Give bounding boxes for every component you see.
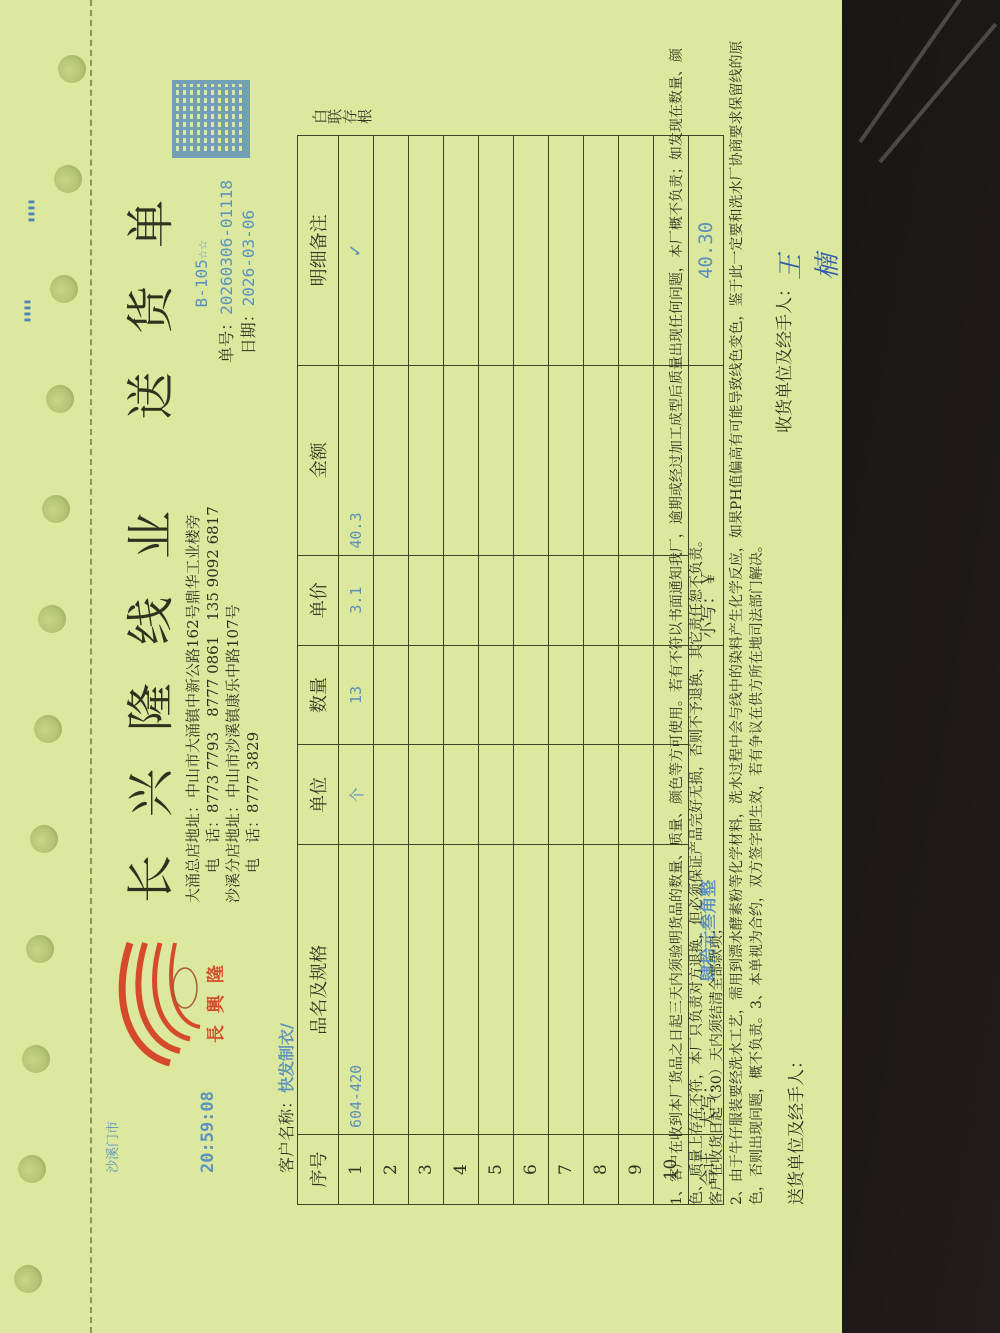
sender-signature-field: 送货单位及经手人： — [782, 1052, 807, 1205]
table-row: 6 — [514, 136, 549, 1205]
row-remark — [479, 136, 514, 366]
receiver-signature: 王楠 — [770, 254, 844, 280]
branch-address: 沙溪分店地址：中山市沙溪镇康乐中路107号 — [222, 604, 243, 903]
tractor-feed-strip: ▮▮▮▮ ▮▮▮▮ — [0, 0, 87, 1333]
items-table: 序号 品名及规格 单位 数量 单价 金额 明细备注 1 604-420 个 13… — [297, 135, 724, 1205]
copy-label: 白联存根 — [312, 108, 372, 126]
document-name: 送货单 — [123, 162, 179, 420]
row-remark — [514, 136, 549, 366]
hq-address-label: 大涌总店地址： — [184, 798, 202, 903]
company-name: 长兴隆线业 — [123, 473, 179, 903]
printer-marks: ▮▮▮▮ — [22, 299, 33, 323]
row-amount — [549, 365, 584, 555]
branch-phone-label: 电 话： — [244, 813, 262, 873]
customer-value: 快发制衣/ — [277, 1023, 296, 1093]
row-unit — [549, 745, 584, 845]
row-remark — [444, 136, 479, 366]
feed-hole — [54, 165, 82, 193]
row-name — [479, 845, 514, 1135]
order-number-value: 20260306-01118 — [217, 180, 236, 315]
row-amount — [514, 365, 549, 555]
sender-label: 送货单位及经手人： — [787, 1052, 807, 1205]
hq-address: 大涌总店地址：中山市大涌镇中新公路162号鼎华工业楼旁 — [182, 514, 203, 903]
feed-hole — [46, 385, 74, 413]
row-unit — [514, 745, 549, 845]
row-no: 3 — [409, 1135, 444, 1205]
feed-hole — [18, 1155, 46, 1183]
feed-hole — [38, 605, 66, 633]
row-name — [549, 845, 584, 1135]
row-unit — [374, 745, 409, 845]
row-amount: 40.3 — [339, 365, 374, 555]
branch-address-label: 沙溪分店地址： — [224, 798, 242, 903]
branch-phone: 电 话：8777 3829 — [242, 732, 263, 903]
row-price — [619, 555, 654, 645]
hq-phone-value: 8773 7793 8777 0861 135 9092 6817 — [204, 506, 222, 813]
row-price — [479, 555, 514, 645]
row-unit — [409, 745, 444, 845]
row-qty — [514, 645, 549, 745]
row-remark — [619, 136, 654, 366]
order-number-label: 单号： — [217, 315, 236, 363]
row-price — [444, 555, 479, 645]
row-name — [584, 845, 619, 1135]
row-no: 5 — [479, 1135, 514, 1205]
row-qty — [444, 645, 479, 745]
col-header-no: 序号 — [298, 1135, 339, 1205]
row-no: 9 — [619, 1135, 654, 1205]
row-qty — [549, 645, 584, 745]
feed-hole — [50, 275, 78, 303]
row-amount — [584, 365, 619, 555]
row-price — [374, 555, 409, 645]
row-price — [584, 555, 619, 645]
feed-hole — [42, 495, 70, 523]
row-amount — [409, 365, 444, 555]
row-price — [514, 555, 549, 645]
row-remark — [549, 136, 584, 366]
print-time: 20:59:08 — [198, 1091, 218, 1173]
receiver-label: 收货单位及经手人： — [775, 280, 795, 433]
feed-hole — [30, 825, 58, 853]
feed-hole — [14, 1265, 42, 1293]
row-name — [374, 845, 409, 1135]
table-row: 8 — [584, 136, 619, 1205]
feed-hole — [58, 55, 86, 83]
row-unit — [479, 745, 514, 845]
qr-code-icon — [172, 80, 250, 158]
row-remark — [584, 136, 619, 366]
row-price — [549, 555, 584, 645]
table-row: 9 — [619, 136, 654, 1205]
col-header-qty: 数量 — [298, 645, 339, 745]
date: 日期：2026-03-06 — [236, 210, 259, 354]
feed-hole — [22, 1045, 50, 1073]
row-unit — [619, 745, 654, 845]
row-qty — [584, 645, 619, 745]
hq-address-value: 中山市大涌镇中新公路162号鼎华工业楼旁 — [184, 514, 202, 798]
branch-phone-value: 8777 3829 — [244, 732, 262, 813]
row-no: 7 — [549, 1135, 584, 1205]
row-qty — [479, 645, 514, 745]
col-header-amount: 金额 — [298, 365, 339, 555]
brand-name: 長興隆 — [202, 953, 228, 1043]
col-header-price: 单价 — [298, 555, 339, 645]
customer-field: 客户名称：快发制衣/ — [274, 1023, 297, 1173]
row-price — [409, 555, 444, 645]
terms-notes: 1、客户在收到本厂货品之日起三天内须验明货品的数量、质量、颜色等方可使用。若有不… — [667, 25, 767, 1205]
row-amount — [444, 365, 479, 555]
date-label: 日期： — [239, 306, 258, 354]
row-no: 4 — [444, 1135, 479, 1205]
note-2-3: 2、由于牛仔服装要经洗水工艺，需用到漂水酵素粉等化学材料，洗水过程中会与线中的染… — [727, 25, 767, 1205]
row-no: 2 — [374, 1135, 409, 1205]
row-name — [619, 845, 654, 1135]
table-row: 3 — [409, 136, 444, 1205]
row-unit — [444, 745, 479, 845]
row-name — [409, 845, 444, 1135]
row-amount — [619, 365, 654, 555]
row-remark — [374, 136, 409, 366]
note-1: 1、客户在收到本厂货品之日起三天内须验明货品的数量、质量、颜色等方可使用。若有不… — [667, 25, 707, 1205]
date-value: 2026-03-06 — [239, 210, 258, 306]
table-row: 4 — [444, 136, 479, 1205]
row-price: 3.1 — [339, 555, 374, 645]
row-name: 604-420 — [339, 845, 374, 1135]
printer-marks: ▮▮▮▮ — [26, 199, 37, 223]
receiver-signature-field: 收货单位及经手人： 王楠 — [770, 280, 795, 433]
row-qty — [409, 645, 444, 745]
branch-address-value: 中山市沙溪镇康乐中路107号 — [224, 604, 242, 798]
code-mark: B-105☆☆ — [192, 240, 211, 307]
row-amount — [479, 365, 514, 555]
row-name — [514, 845, 549, 1135]
receipt-header: 沙溪门市 長興隆 20:59:08 长兴隆线业 送货单 大涌总店地址：中山市大涌… — [102, 40, 272, 1233]
row-amount — [374, 365, 409, 555]
order-number: 单号：20260306-01118 — [214, 180, 237, 363]
table-header-row: 序号 品名及规格 单位 数量 单价 金额 明细备注 — [298, 136, 339, 1205]
hq-phone: 电 话：8773 7793 8777 0861 135 9092 6817 — [202, 506, 223, 903]
row-qty — [619, 645, 654, 745]
document-title: 长兴隆线业 送货单 — [112, 162, 181, 903]
table-row: 5 — [479, 136, 514, 1205]
feed-hole — [34, 715, 62, 743]
note-payment: 客户在收货日起（30）天内须结清全部款项； — [707, 25, 727, 1205]
col-header-remark: 明细备注 — [298, 136, 339, 366]
col-header-name: 品名及规格 — [298, 845, 339, 1135]
row-qty — [374, 645, 409, 745]
row-no: 6 — [514, 1135, 549, 1205]
row-remark — [409, 136, 444, 366]
table-row: 2 — [374, 136, 409, 1205]
feed-hole — [26, 935, 54, 963]
row-unit: 个 — [339, 745, 374, 845]
store-tag: 沙溪门市 — [102, 1121, 121, 1173]
table-row: 1 604-420 个 13 3.1 40.3 ✓ — [339, 136, 374, 1205]
table-row: 7 — [549, 136, 584, 1205]
customer-label: 客户名称： — [277, 1093, 296, 1173]
row-no: 8 — [584, 1135, 619, 1205]
row-remark-checkmark-icon: ✓ — [339, 136, 374, 366]
hq-phone-label: 电 话： — [204, 813, 222, 873]
delivery-receipt: ▮▮▮▮ ▮▮▮▮ 沙溪门市 長興隆 20:59:08 长兴隆线业 送货单 大涌… — [0, 0, 842, 1333]
row-name — [444, 845, 479, 1135]
perforation-line — [90, 0, 92, 1333]
row-unit — [584, 745, 619, 845]
col-header-unit: 单位 — [298, 745, 339, 845]
row-qty: 13 — [339, 645, 374, 745]
row-no: 1 — [339, 1135, 374, 1205]
